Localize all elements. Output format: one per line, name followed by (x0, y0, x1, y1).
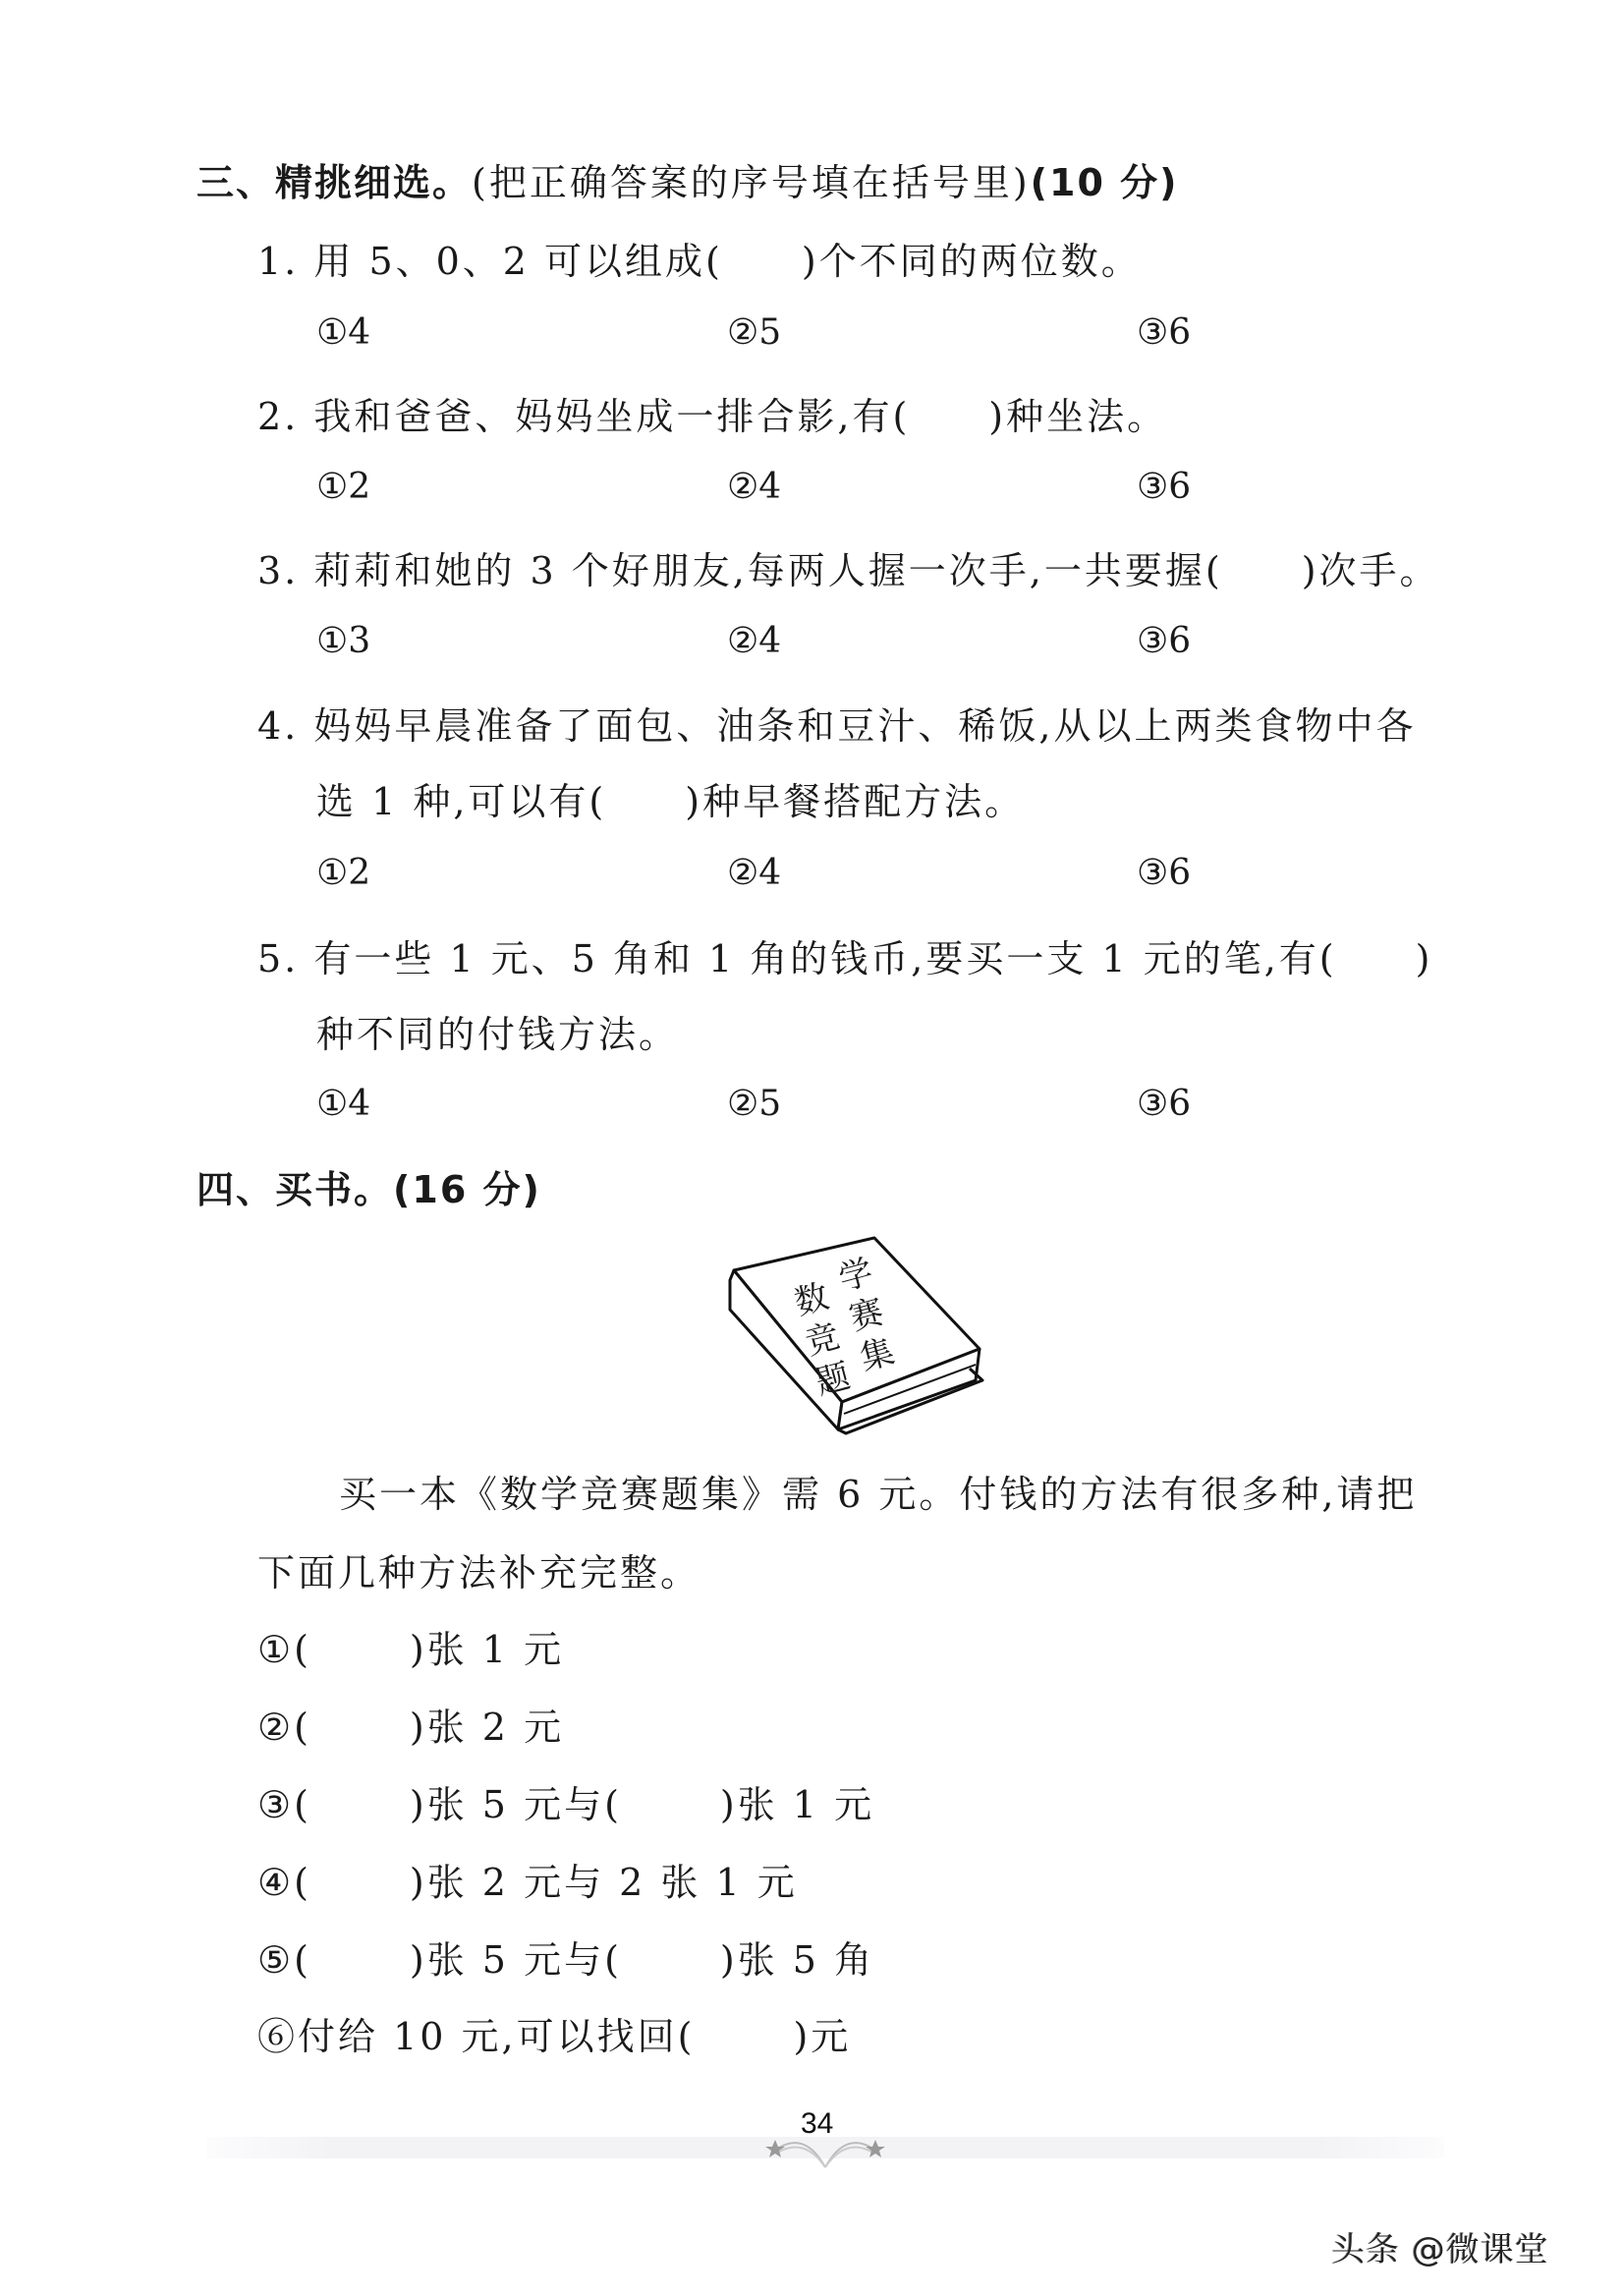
question-text: 种不同的付钱方法。 (316, 1013, 679, 1056)
question-text: 莉莉和她的 3 个好朋友,每两人握一次手,一共要握( (313, 549, 1222, 592)
question-number: 3. (257, 549, 299, 592)
option-3[interactable]: ③6 (1137, 312, 1191, 353)
payment-item-5: ⑤()张 5 元与()张 5 角 (257, 1930, 874, 1984)
option-3[interactable]: ③6 (1137, 853, 1191, 893)
section-4-title: 四、买书。 (196, 1168, 393, 1211)
watermark: 头条 @微课堂 (1331, 2222, 1549, 2270)
option-2[interactable]: ②5 (727, 312, 781, 353)
question-4: 4. 妈妈早晨准备了面包、油条和豆汁、稀饭,从以上两类食物中各 (257, 696, 1416, 750)
option-2[interactable]: ②4 (727, 621, 781, 661)
question-number: 5. (257, 937, 299, 980)
question-text: )次手。 (1302, 549, 1440, 592)
section-4-points: (16 分) (393, 1168, 541, 1211)
section-3-title: 三、精挑细选。 (196, 161, 472, 204)
option-1[interactable]: ①2 (316, 853, 370, 893)
page-ornament-icon (761, 2134, 889, 2173)
question-number: 2. (257, 395, 299, 438)
question-text: ) (1416, 937, 1433, 980)
option-1[interactable]: ①4 (316, 1084, 370, 1124)
question-number: 4. (257, 704, 299, 748)
payment-item-4: ④()张 2 元与 2 张 1 元 (257, 1852, 798, 1906)
book-illustration: 数竞题 学赛集 (722, 1233, 992, 1439)
section-4-heading: 四、买书。(16 分) (196, 1159, 541, 1213)
section-4-intro-line-2: 下面几种方法补充完整。 (257, 1542, 700, 1596)
question-text: 我和爸爸、妈妈坐成一排合影,有( (313, 395, 910, 438)
question-number: 1. (257, 240, 299, 283)
question-text: 有一些 1 元、5 角和 1 角的钱币,要买一支 1 元的笔,有( (313, 937, 1336, 980)
question-text: )种坐法。 (988, 395, 1167, 438)
option-1[interactable]: ①2 (316, 467, 370, 507)
question-2: 2. 我和爸爸、妈妈坐成一排合影,有()种坐法。 (257, 386, 1167, 440)
option-3[interactable]: ③6 (1137, 621, 1191, 661)
section-3-heading: 三、精挑细选。(把正确答案的序号填在括号里)(10 分) (196, 152, 1179, 206)
question-3: 3. 莉莉和她的 3 个好朋友,每两人握一次手,一共要握()次手。 (257, 540, 1440, 594)
payment-item-6: ⑥付给 10 元,可以找回()元 (257, 2006, 851, 2060)
question-text: 选 1 种,可以有( (316, 780, 606, 823)
question-4-line-2: 选 1 种,可以有()种早餐搭配方法。 (316, 771, 1025, 825)
payment-item-2: ②()张 2 元 (257, 1697, 564, 1751)
question-text: 用 5、0、2 可以组成( (313, 240, 723, 283)
section-3-instruction: (把正确答案的序号填在括号里) (472, 161, 1031, 204)
option-2[interactable]: ②4 (727, 467, 781, 507)
section-4-intro-line-1: 买一本《数学竞赛题集》需 6 元。付钱的方法有很多种,请把 (339, 1464, 1417, 1518)
section-3-points: (10 分) (1031, 161, 1179, 204)
payment-item-3: ③()张 5 元与()张 1 元 (257, 1774, 874, 1828)
question-text: 妈妈早晨准备了面包、油条和豆汁、稀饭,从以上两类食物中各 (313, 704, 1416, 748)
option-3[interactable]: ③6 (1137, 467, 1191, 507)
option-1[interactable]: ①4 (316, 312, 370, 353)
option-2[interactable]: ②5 (727, 1084, 781, 1124)
option-3[interactable]: ③6 (1137, 1084, 1191, 1124)
option-1[interactable]: ①3 (316, 621, 370, 661)
question-text: )种早餐搭配方法。 (685, 780, 1025, 823)
question-5-line-2: 种不同的付钱方法。 (316, 1004, 679, 1058)
option-2[interactable]: ②4 (727, 853, 781, 893)
payment-item-1: ①()张 1 元 (257, 1619, 564, 1673)
question-5: 5. 有一些 1 元、5 角和 1 角的钱币,要买一支 1 元的笔,有() (257, 928, 1432, 982)
question-1: 1. 用 5、0、2 可以组成()个不同的两位数。 (257, 231, 1142, 285)
question-text: )个不同的两位数。 (802, 240, 1142, 283)
